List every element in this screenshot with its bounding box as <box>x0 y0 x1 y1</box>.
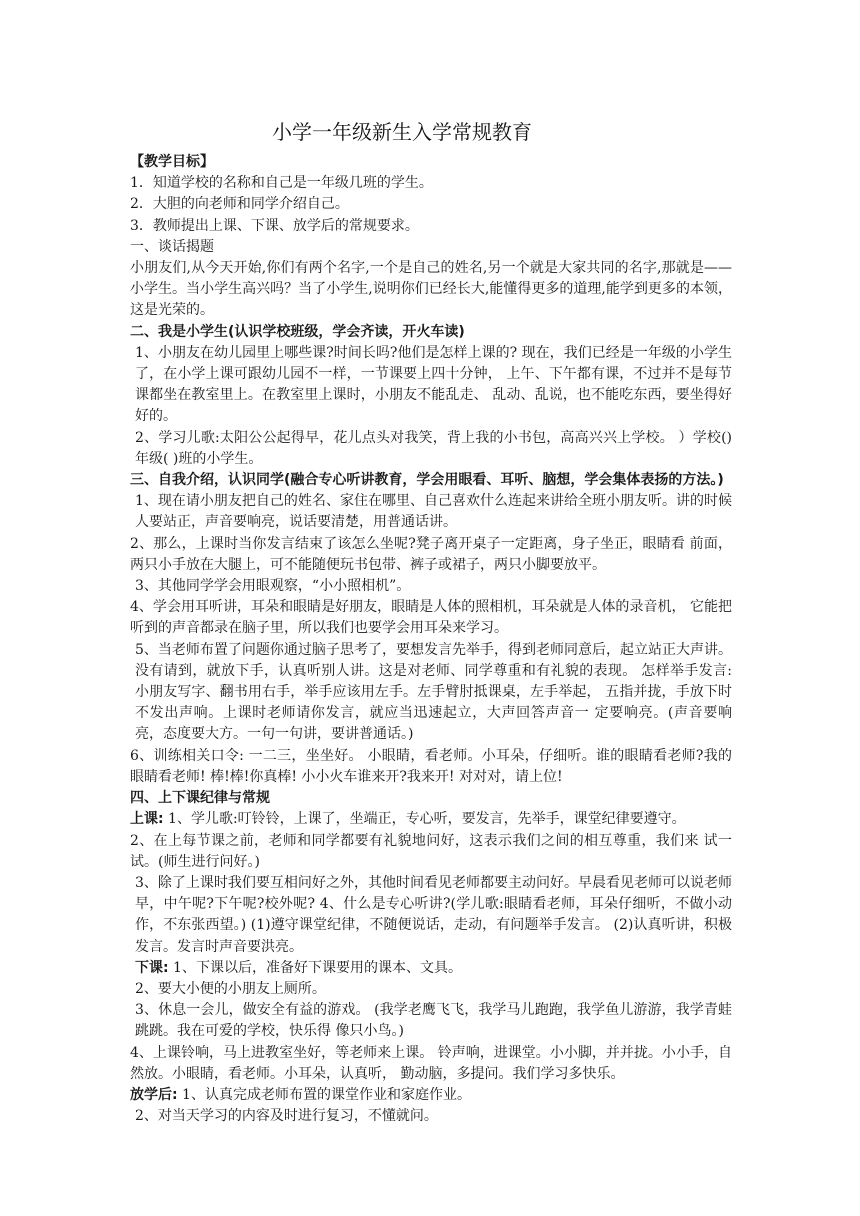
objective-item: 3．教师提出上课、下课、放学后的常规要求。 <box>130 216 732 237</box>
class-rule-item: 1、学儿歌:叮铃铃，上课了，坐端正，专心听，要发言，先举手，课堂纪律要遵守。 <box>164 811 686 827</box>
after-school-item: 2、对当天学习的内容及时进行复习，不懂就问。 <box>130 1106 732 1127</box>
objective-item: 1．知道学校的名称和自己是一年级几班的学生。 <box>130 173 732 194</box>
break-rule-item: 4、上课铃响，马上进教室坐好，等老师来上课。 铃声响，进课堂。小小脚，并并拢。小… <box>130 1043 732 1085</box>
section-3-paragraph: 2、那么，上课时当你发言结束了该怎么坐呢?凳子离开桌子一定距离，身子坐正，眼睛看… <box>130 534 732 576</box>
after-school-item: 1、认真完成老师布置的课堂作业和家庭作业。 <box>178 1087 471 1103</box>
class-label: 上课: <box>130 811 164 827</box>
section-2-paragraph: 1、小朋友在幼儿园里上哪些课?时间长吗?他们是怎样上课的? 现在，我们已经是一年… <box>130 343 732 428</box>
after-school-paragraph: 放学后: 1、认真完成老师布置的课堂作业和家庭作业。 <box>130 1085 732 1106</box>
section-1-heading: 一、谈话揭题 <box>130 237 732 258</box>
section-3-paragraph: 6、训练相关口令: 一二三，坐坐好。 小眼睛，看老师。小耳朵，仔细听。谁的眼睛看… <box>130 746 732 788</box>
section-3-paragraph: 1、现在请小朋友把自己的姓名、家住在哪里、自己喜欢什么连起来讲给全班小朋友听。讲… <box>130 491 732 533</box>
section-4-heading: 四、上下课纪律与常规 <box>130 788 732 809</box>
document-body: 【教学目标】 1．知道学校的名称和自己是一年级几班的学生。 2．大胆的向老师和同… <box>130 152 732 1127</box>
section-2-paragraph: 2、学习儿歌:太阳公公起得早，花儿点头对我笑，背上我的小书包，高高兴兴上学校。 … <box>130 428 732 470</box>
document-page: 小学一年级新生入学常规教育 【教学目标】 1．知道学校的名称和自己是一年级几班的… <box>0 0 860 1216</box>
section-3-paragraph: 4、学会用耳听讲，耳朵和眼睛是好朋友，眼睛是人体的照相机，耳朵就是人体的录音机，… <box>130 597 732 639</box>
break-rule-item: 1、下课以后，准备好下课要用的课本、文具。 <box>169 960 462 976</box>
class-rules-paragraph: 上课: 1、学儿歌:叮铃铃，上课了，坐端正，专心听，要发言，先举手，课堂纪律要遵… <box>130 809 732 830</box>
break-rule-item: 3、休息一会儿，做安全有益的游戏。 (我学老鹰飞飞，我学马儿跑跑，我学鱼儿游游，… <box>130 1000 732 1042</box>
section-3-heading: 三、自我介绍，认识同学(融合专心听讲教育，学会用眼看、耳听、脑想，学会集体表扬的… <box>130 470 732 491</box>
break-label: 下课: <box>135 960 169 976</box>
objective-item: 2．大胆的向老师和同学介绍自己。 <box>130 194 732 215</box>
document-title: 小学一年级新生入学常规教育 <box>0 116 804 145</box>
section-1-paragraph: 小朋友们,从今天开始,你们有两个名字,一个是自己的姓名,另一个就是大家共同的名字… <box>130 258 732 322</box>
section-3-paragraph: 3、其他同学学会用眼观察，“小小照相机”。 <box>130 576 732 597</box>
after-school-label: 放学后: <box>130 1087 178 1103</box>
objectives-heading: 【教学目标】 <box>130 152 732 173</box>
class-rule-item: 3、除了上课时我们要互相问好之外，其他时间看见老师都要主动问好。早晨看见老师可以… <box>130 873 732 958</box>
break-rules-paragraph: 下课: 1、下课以后，准备好下课要用的课本、文具。 <box>130 958 732 979</box>
break-rule-item: 2、要大小便的小朋友上厕所。 <box>130 979 732 1000</box>
section-3-paragraph: 5、当老师布置了问题你通过脑子思考了，要想发言先举手，得到老师同意后，起立站正大… <box>130 640 732 746</box>
section-2-heading: 二、我是小学生(认识学校班级，学会齐读，开火车读) <box>130 322 732 343</box>
class-rule-item: 2、在上每节课之前，老师和同学都要有礼貌地问好，这表示我们之间的相互尊重，我们来… <box>130 831 732 873</box>
